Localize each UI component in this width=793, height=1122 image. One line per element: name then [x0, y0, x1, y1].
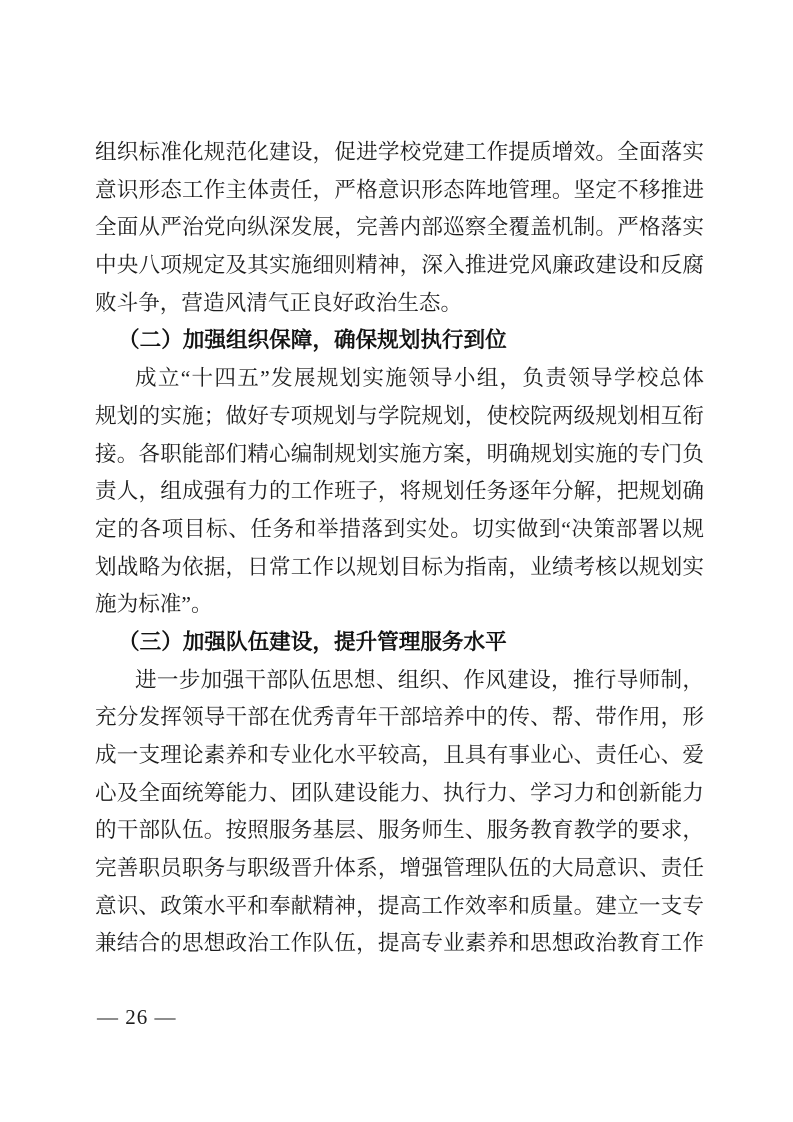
section-heading-2: （二）加强组织保障，确保规划执行到位 [95, 322, 704, 360]
paragraph-line: 责人，组成强有力的工作班子，将规划任务逐年分解，把规划确 [95, 473, 704, 511]
paragraph-line: 进一步加强干部队伍思想、组织、作风建设，推行导师制， [95, 662, 704, 700]
paragraph-line: 接。各职能部们精心编制规划实施方案，明确规划实施的专门负 [95, 436, 704, 474]
paragraph-line: 全面从严治党向纵深发展，完善内部巡察全覆盖机制。严格落实 [95, 209, 704, 247]
page-number: — 26 — [97, 1002, 177, 1032]
paragraph-line: 的干部队伍。按照服务基层、服务师生、服务教育教学的要求， [95, 812, 704, 850]
paragraph-line: 成立“十四五”发展规划实施领导小组，负责领导学校总体 [95, 360, 704, 398]
paragraph-line: 充分发挥领导干部在优秀青年干部培养中的传、帮、带作用，形 [95, 699, 704, 737]
paragraph-line: 施为标准”。 [95, 586, 704, 624]
scanned-document-page: 组织标准化规范化建设，促进学校党建工作提质增效。全面落实 意识形态工作主体责任，… [0, 0, 793, 1122]
paragraph-line: 兼结合的思想政治工作队伍，提高专业素养和思想政治教育工作 [95, 925, 704, 963]
paragraph-line: 规划的实施；做好专项规划与学院规划，使校院两级规划相互衔 [95, 398, 704, 436]
paragraph-line: 划战略为依据，日常工作以规划目标为指南，业绩考核以规划实 [95, 549, 704, 587]
paragraph-line: 意识形态工作主体责任，严格意识形态阵地管理。坚定不移推进 [95, 172, 704, 210]
paragraph-line: 成一支理论素养和专业化水平较高，且具有事业心、责任心、爱 [95, 737, 704, 775]
paragraph-line: 意识、政策水平和奉献精神，提高工作效率和质量。建立一支专 [95, 888, 704, 926]
paragraph-line: 完善职员职务与职级晋升体系，增强管理队伍的大局意识、责任 [95, 850, 704, 888]
paragraph-line: 中央八项规定及其实施细则精神，深入推进党风廉政建设和反腐 [95, 247, 704, 285]
paragraph-line: 组织标准化规范化建设，促进学校党建工作提质增效。全面落实 [95, 134, 704, 172]
paragraph-line: 败斗争，营造风清气正良好政治生态。 [95, 285, 704, 323]
document-text-block: 组织标准化规范化建设，促进学校党建工作提质增效。全面落实 意识形态工作主体责任，… [95, 134, 704, 963]
paragraph-line: 心及全面统筹能力、团队建设能力、执行力、学习力和创新能力 [95, 775, 704, 813]
paragraph-line: 定的各项目标、任务和举措落到实处。切实做到“决策部署以规 [95, 511, 704, 549]
section-heading-3: （三）加强队伍建设，提升管理服务水平 [95, 624, 704, 662]
